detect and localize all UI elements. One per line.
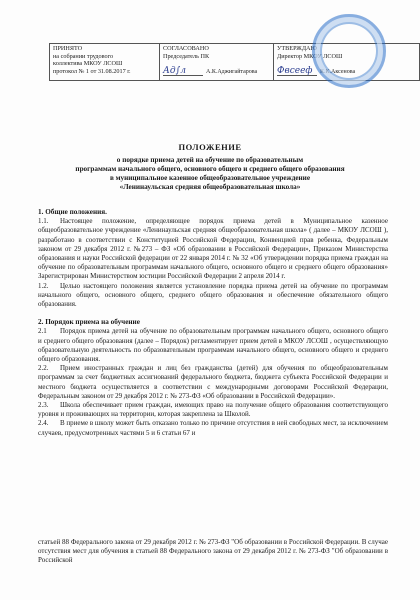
- document-subtitle: «Ленинаульская средняя общеобразовательн…: [0, 183, 420, 191]
- paragraph: 2.4.В приеме в школу может быть отказано…: [38, 419, 388, 437]
- accepted-cell: ПРИНЯТО на собрании трудового коллектива…: [50, 44, 160, 80]
- paragraph: 2.2.Прием иностранных граждан и лиц без …: [38, 364, 388, 401]
- agreed-cell: СОГЛАСОВАНО Председатель ПК Ад∫л А.К.Адж…: [160, 44, 274, 80]
- document-subtitle: в муниципальное казенное общеобразовател…: [0, 174, 420, 182]
- agreed-title: СОГЛАСОВАНО: [163, 45, 270, 53]
- accepted-title: ПРИНЯТО: [53, 45, 156, 53]
- signature-icon: Ад∫л: [163, 68, 203, 77]
- agreed-role: Председатель ПК: [163, 53, 270, 61]
- agreed-name: А.К.Аджигайтарова: [206, 69, 257, 77]
- official-stamp-icon: [312, 14, 386, 88]
- section-heading: 1. Общие положения.: [38, 208, 388, 217]
- document-subtitle: о порядке приема детей на обучение по об…: [0, 156, 420, 164]
- document-body: 1. Общие положения. 1.1.Настоящее положе…: [38, 208, 388, 438]
- signature-icon: Фвсееф: [277, 68, 317, 77]
- accepted-line: на собрании трудового: [53, 53, 156, 61]
- paragraph: 2.1Порядок приема детей на обучение по о…: [38, 327, 388, 364]
- paragraph: 2.3.Школа обеспечивает прием граждан, им…: [38, 401, 388, 419]
- accepted-line: протокол № 1 от 31.08.2017 г.: [53, 68, 156, 76]
- paragraph: 1.1.Настоящее положение, определяющее по…: [38, 217, 388, 281]
- paragraph: 1.2.Целью настоящего положения является …: [38, 282, 388, 310]
- section-heading: 2. Порядок приема на обучение: [38, 318, 388, 327]
- document-subtitle: программам начального общего, основного …: [0, 165, 420, 173]
- accepted-line: коллектива МКОУ ЛСОШ: [53, 60, 156, 68]
- document-title: ПОЛОЖЕНИЕ: [0, 142, 420, 152]
- document-page: ПРИНЯТО на собрании трудового коллектива…: [0, 0, 420, 600]
- continuation-text: статьей 88 Федерального закона от 29 дек…: [38, 538, 388, 566]
